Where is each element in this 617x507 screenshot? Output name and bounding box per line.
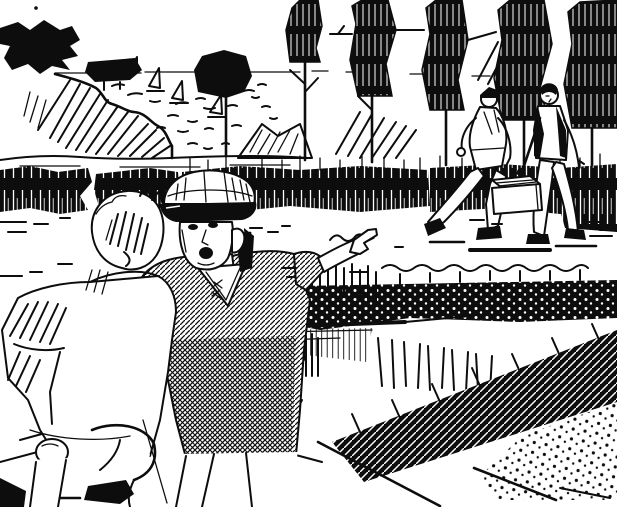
pointing-hand — [350, 229, 377, 254]
hedge-under-dashes — [0, 218, 70, 232]
tree-canopy — [422, 0, 468, 110]
cap-brim — [160, 202, 256, 222]
boy-back-view — [2, 184, 176, 507]
cap-boy-open-mouth — [199, 247, 213, 259]
illustration-figure: Ink illustration: boy pointing at two me… — [0, 0, 617, 507]
small-tree — [194, 50, 252, 156]
tree-canopy — [286, 0, 322, 62]
ink-speck — [34, 6, 38, 10]
sailboat-4 — [208, 95, 226, 117]
cliff — [0, 20, 172, 158]
suitcase — [492, 173, 542, 214]
man-right-front-shoe — [526, 234, 550, 244]
man-left-front-shoe — [476, 226, 502, 240]
cap-boy-right-eye — [208, 222, 218, 228]
ink-illustration: Ink illustration: boy pointing at two me… — [0, 0, 617, 507]
shore-rocks — [238, 124, 312, 158]
man-right-back-shoe — [564, 228, 586, 240]
horizon-fragments — [312, 71, 490, 76]
cap-boy-legs — [168, 452, 298, 507]
cliff-flat-tree — [85, 58, 142, 82]
tree-canopy — [350, 0, 396, 96]
pointing-arm — [282, 229, 377, 290]
cap-boy-shirt-shading — [166, 336, 296, 454]
back-boy-head — [92, 191, 164, 270]
man-left-torso — [470, 107, 507, 170]
cliff-top-bush — [0, 20, 80, 74]
tall-grass-strokes — [378, 338, 492, 392]
sailboat-3 — [170, 81, 187, 103]
cap-boy-left-eye — [188, 224, 198, 230]
tree-canopy — [564, 0, 617, 128]
field-wavy-line — [382, 265, 588, 271]
illustration-page: Ink illustration: boy pointing at two me… — [0, 0, 617, 507]
